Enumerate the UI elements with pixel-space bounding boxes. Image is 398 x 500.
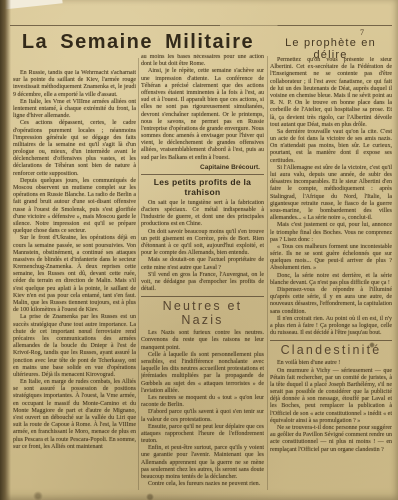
paragraph: Dispensez-vous de répondre à l'illuminé … (270, 287, 392, 316)
article-prophete-body: Permettez qu'on vous présente le sieur A… (270, 57, 392, 337)
column-1: En Russie, tandis que la Wehrmacht s'ach… (13, 70, 136, 494)
paragraph: On sait que le tungstène sert à la fabri… (141, 200, 264, 229)
section-rule (270, 340, 392, 341)
paragraph: On murmure à Vichy — sérieusement — que … (270, 368, 392, 426)
column-divider-1 (138, 58, 139, 490)
paragraph: Permettez qu'on vous présente le sieur A… (270, 57, 392, 129)
paragraph: En Italie, les Vme et VIIIme armées alli… (13, 99, 136, 121)
paragraph: D'abord parce qu'ils savent à quoi s'en … (141, 409, 264, 423)
paragraph: Il n'en croirait rien. Au point où il en… (270, 316, 392, 338)
paragraph: Ensuite, parce qu'il ne peut leur déplai… (141, 424, 264, 446)
section-rule (141, 174, 264, 175)
paragraph: Sa dernière trouvaille vaut qu'on la cit… (270, 129, 392, 165)
newspaper-page: 7 La Semaine Militaire Le prophète en dé… (0, 0, 398, 500)
column-3: Permettez qu'on vous présente le sieur A… (270, 57, 392, 494)
paragraph: Mais c'est justement ce qui, pour lui, a… (270, 222, 392, 244)
paragraph: Contre cela, les fureurs nazies ne peuve… (141, 481, 264, 488)
paragraph: au moins les bases nécessaires pour une … (141, 54, 264, 68)
paragraph: Sur le front d'Ukraine, les opérations d… (13, 235, 136, 314)
column-divider-2 (267, 56, 268, 490)
paragraph: En Russie, tandis que la Wehrmacht s'ach… (13, 70, 136, 99)
paragraph: Les neutres se moquent du « tout » qu'on… (141, 395, 264, 409)
article-petits-profits-body: On sait que le tungstène sert à la fabri… (141, 200, 264, 293)
paragraph: Ainsi, je le répète, cette semaine s'ach… (141, 68, 264, 161)
article-signature: Capitaine Brécourt. (141, 164, 260, 171)
column-2: au moins les bases nécessaires pour une … (141, 54, 264, 494)
paragraph: Celle à laquelle ils sont personnellemen… (141, 352, 264, 395)
top-rule (10, 25, 392, 26)
article-title-petits-profits: Les petits profits de la trahison (141, 177, 264, 197)
paragraph: « Tous ces malheurs forment une incontes… (270, 244, 392, 273)
article-semaine-militaire-continued: au moins les bases nécessaires pour une … (141, 54, 264, 162)
paragraph: Enfin, et peut-être surtout, parce qu'il… (141, 445, 264, 481)
paragraph: Si l'Allemagne est sûre de la victoire, … (270, 165, 392, 223)
paragraph: En voilà bien d'une autre ! (270, 360, 392, 367)
article-neutres-nazis-body: Les Nazis sont furieux contre les neutre… (141, 330, 264, 488)
section-rule (141, 296, 264, 297)
paragraph: On doit savoir beaucoup moins qu'il s'en… (141, 229, 264, 258)
paragraph: En Italie, en marge de rudes combats, le… (13, 379, 136, 451)
paragraph: Mais se doutait-on que l'actuel propriét… (141, 257, 264, 271)
paragraph: Les Nazis sont furieux contre les neutre… (141, 330, 264, 352)
article-title-neutres-nazis: Neutres et Nazis (141, 299, 264, 327)
article-title-clandestinite: Clandestinité (270, 343, 392, 357)
paragraph: S'il vend en gros la France, l'Auvergnat… (141, 272, 264, 294)
article-clandestinite-body: En voilà bien d'une autre !On murmure à … (270, 360, 392, 453)
article-title-semaine-militaire: La Semaine Militaire (12, 31, 264, 54)
paragraph: Donc, la série noire est derrière, et la… (270, 273, 392, 287)
paragraph: Ces actions dépassent, certes, le cadre … (13, 120, 136, 178)
page-number: 7 (360, 28, 364, 37)
page-left-edge (0, 0, 11, 500)
paragraph: Depuis quelques jours, les communiqués d… (13, 178, 136, 236)
paragraph: Ne se trouvera-t-il donc personne pour s… (270, 425, 392, 454)
paragraph: La prise de Znamenka par les Russes est … (13, 314, 136, 379)
